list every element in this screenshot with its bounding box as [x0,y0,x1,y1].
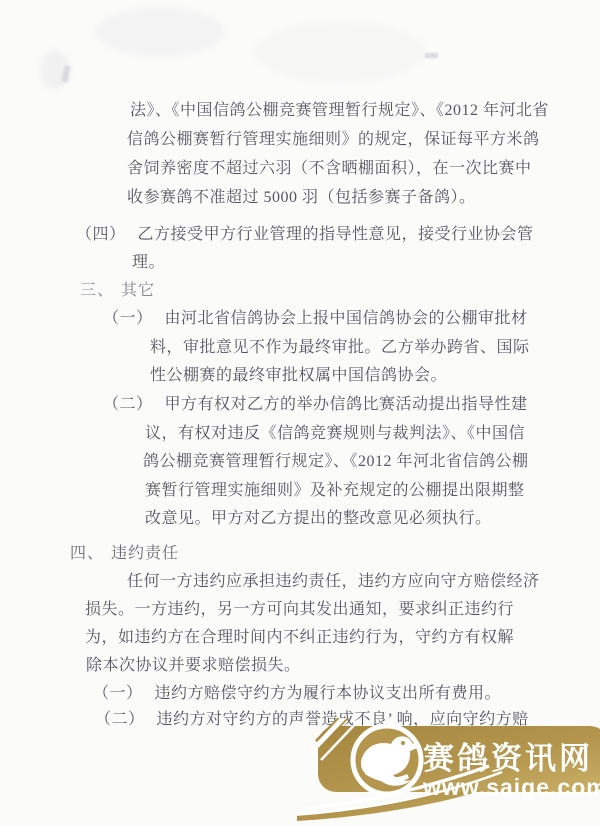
body-line: 除本次协议并要求赔偿损失。 [86,655,301,677]
line-text: 乙方接受甲方行业管理的指导性意见，接受行业协会管 [138,226,534,243]
line-text: 违约方赔偿守约方为履行本协议支出所有费用。 [155,685,502,702]
body-line: 性公棚赛的最终审批权属中国信鸽协会。 [150,365,447,387]
item-label: （一） [93,685,143,702]
body-line: 鸽公棚竞赛管理暂行规定》、《2012 年河北省信鸽公棚 [143,451,529,473]
item-label: （二） [95,711,145,728]
item-label: （四） [76,226,126,243]
list-item-line: （四）乙方接受甲方行业管理的指导性意见，接受行业协会管 [76,224,534,246]
line-text: 改意见。甲方对乙方提出的整改意见必须执行。 [145,510,492,527]
line-text: 性公棚赛的最终审批权属中国信鸽协会。 [150,367,447,384]
body-line: 赛暂行管理实施细则》及补充规定的公棚提出限期整 [145,480,525,502]
watermark-site-url: www.saige.com [422,774,600,800]
pigeon-eye [401,741,405,745]
body-line: 理。 [132,252,165,274]
item-label: （二） [103,396,153,413]
scan-smudge [95,8,225,56]
line-text: 料，审批意见不作为最终审批。乙方举办跨省、国际 [150,339,530,356]
list-item-line: （一）由河北省信鸽协会上报中国信鸽协会的公棚审批材 [103,308,528,330]
line-text: 信鸽公棚赛暂行管理实施细则》的规定，保证每平方米鸽 [127,131,540,148]
body-line: 为，如违约方在合理时间内不纠正违约行为，守约方有权解 [85,627,514,649]
body-line: 任何一方违约应承担违约责任，违约方应向守方赔偿经济 [127,571,540,593]
body-line: 法》、《中国信鸽公棚竞赛管理暂行规定》、《2012 年河北省 [130,100,549,122]
watermark-site-name: 赛鸽资讯网 [423,741,593,776]
list-item-line: （一）违约方赔偿守约方为履行本协议支出所有费用。 [93,683,501,705]
line-text: 理。 [132,254,165,271]
line-text: 除本次协议并要求赔偿损失。 [86,657,301,674]
line-text: 任何一方违约应承担违约责任，违约方应向守方赔偿经济 [127,573,540,590]
section-number: 三、 [80,282,114,299]
line-text: 损失。一方违约，另一方可向其发出通知，要求纠正违约行 [85,601,514,618]
line-text: 法》、《中国信鸽公棚竞赛管理暂行规定》、《2012 年河北省 [130,102,549,119]
section-number: 四、 [70,545,104,562]
section-title: 其它 [121,282,155,299]
body-line: 信鸽公棚赛暂行管理实施细则》的规定，保证每平方米鸽 [127,129,540,151]
body-line: 改意见。甲方对乙方提出的整改意见必须执行。 [145,508,492,530]
line-text: 为，如违约方在合理时间内不纠正违约行为，守约方有权解 [85,629,514,646]
section-title: 违约责任 [111,545,179,562]
item-label: （一） [103,310,153,327]
line-text: 议，有权对违反《信鸽竞赛规则与裁判法》、《中国信 [145,425,525,442]
section-heading: 三、其它 [80,280,155,302]
line-text: 鸽公棚竞赛管理暂行规定》、《2012 年河北省信鸽公棚 [143,453,529,470]
body-line: 料，审批意见不作为最终审批。乙方举办跨省、国际 [150,337,530,359]
line-text: 甲方有权对乙方的举办信鸽比赛活动提出指导性建 [165,396,528,413]
list-item-line: （二）甲方有权对乙方的举办信鸽比赛活动提出指导性建 [103,394,528,416]
line-text: 舍饲养密度不超过六羽（不含晒棚面积），在一次比赛中 [127,160,532,177]
saige-watermark: 赛鸽资讯网 www.saige.com [297,718,600,822]
scanned-document-page: 法》、《中国信鸽公棚竞赛管理暂行规定》、《2012 年河北省 信鸽公棚赛暂行管理… [0,0,600,825]
body-line: 议，有权对违反《信鸽竞赛规则与裁判法》、《中国信 [145,423,525,445]
line-text: 收参赛鸽不准超过 5000 羽（包括参赛子备鸽）。 [127,189,476,206]
scan-mark [425,53,438,58]
section-heading: 四、违约责任 [70,543,179,565]
body-line: 收参赛鸽不准超过 5000 羽（包括参赛子备鸽）。 [127,187,476,209]
scan-smudge [255,22,425,82]
line-text: 赛暂行管理实施细则》及补充规定的公棚提出限期整 [145,482,525,499]
body-line: 损失。一方违约，另一方可向其发出通知，要求纠正违约行 [85,599,514,621]
line-text: 由河北省信鸽协会上报中国信鸽协会的公棚审批材 [165,310,528,327]
body-line: 舍饲养密度不超过六羽（不含晒棚面积），在一次比赛中 [127,158,532,180]
